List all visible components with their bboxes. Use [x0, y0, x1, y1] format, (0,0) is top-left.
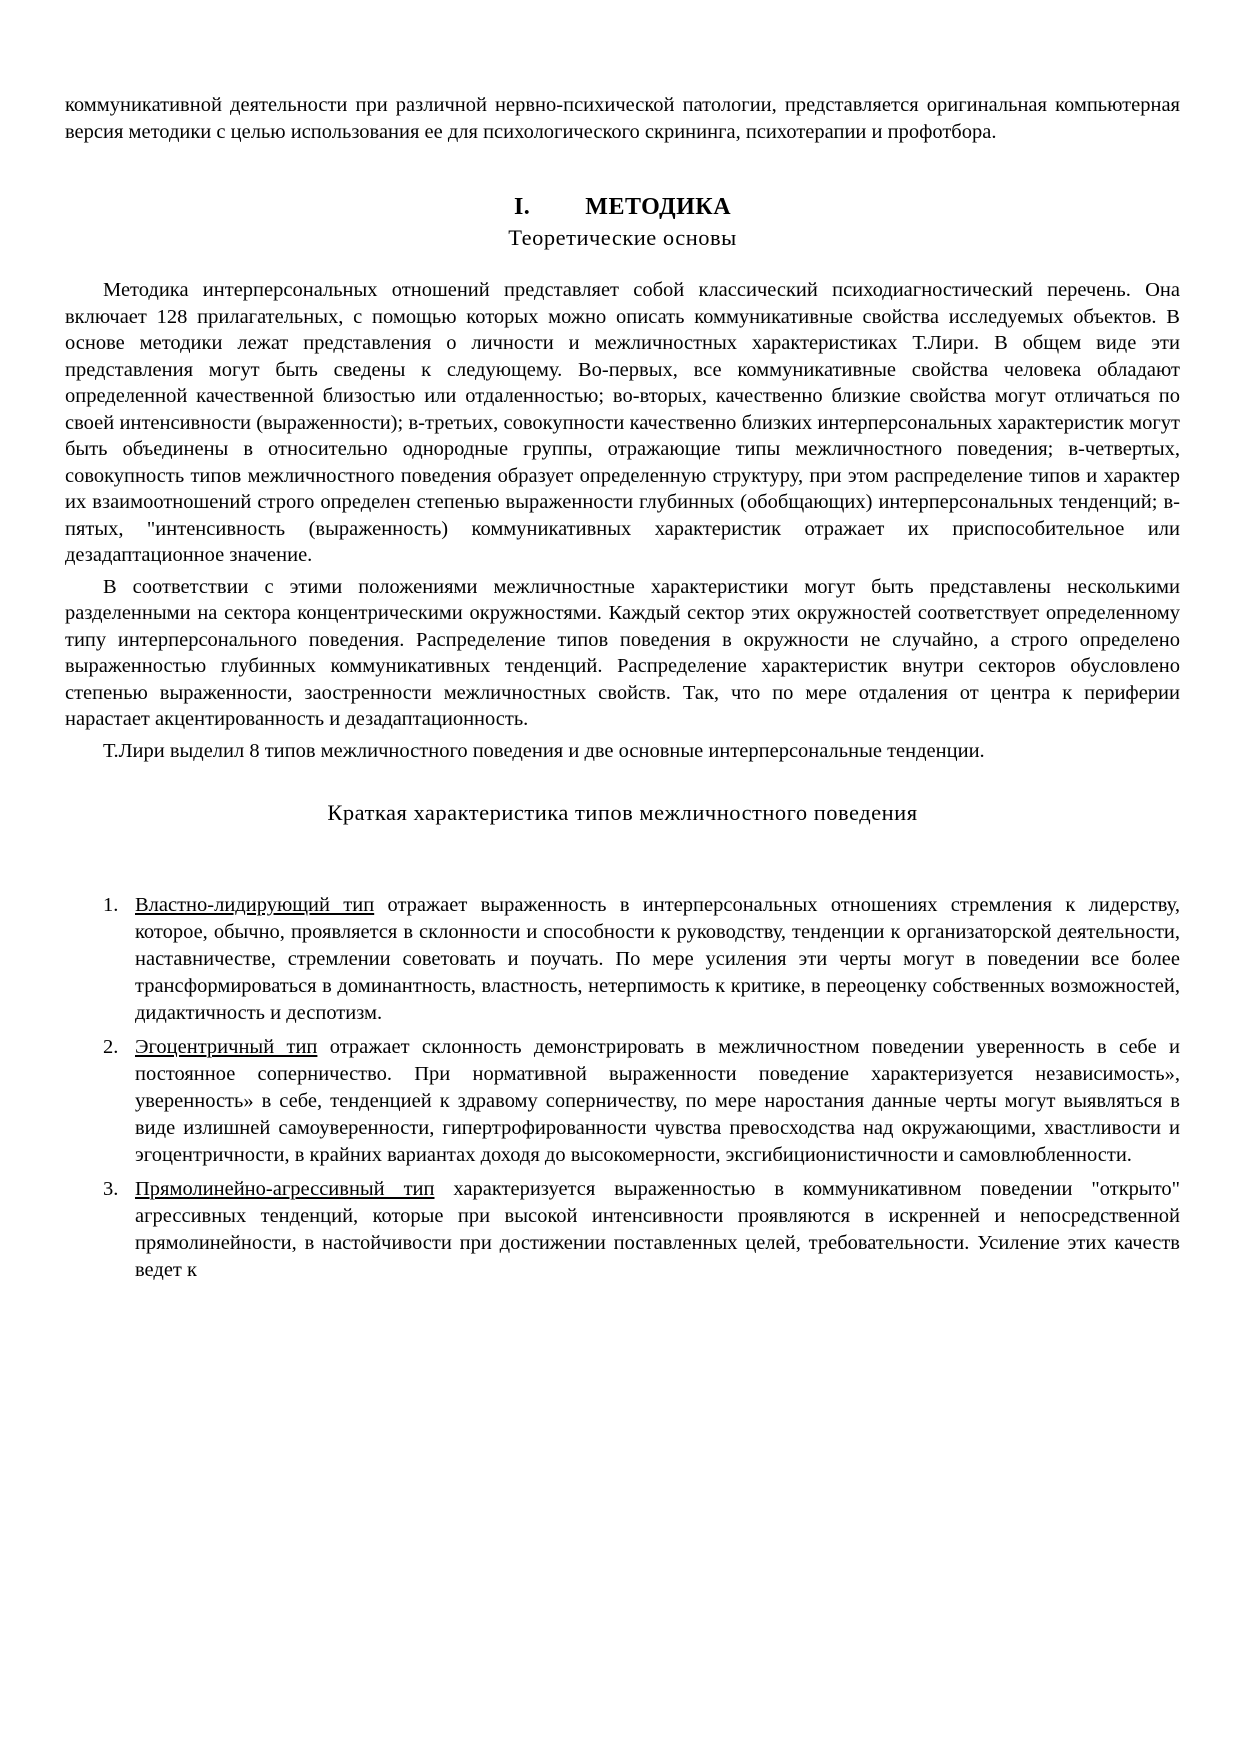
list-item-3: 3. Прямолинейно-агрессивный тип характер… [65, 1176, 1180, 1284]
section-number: I. [514, 191, 530, 223]
list-item-3-term: Прямолинейно-агрессивный тип [135, 1178, 434, 1200]
list-item-1: 1. Властно-лидирующий тип отражает выраж… [65, 892, 1180, 1027]
list-item-2: 2. Эгоцентричный тип отражает склонность… [65, 1034, 1180, 1169]
list-item-2-number: 2. [103, 1034, 118, 1061]
list-item-1-number: 1. [103, 892, 118, 919]
body-paragraph-3: Т.Лири выделил 8 типов межличностного по… [65, 738, 1180, 765]
list-item-3-number: 3. [103, 1176, 118, 1203]
section-heading: I.МЕТОДИКА [65, 191, 1180, 223]
section-title: МЕТОДИКА [585, 194, 731, 220]
list-item-2-term: Эгоцентричный тип [135, 1036, 317, 1058]
list-item-1-term: Властно-лидирующий тип [135, 894, 374, 916]
list-heading: Краткая характеристика типов межличностн… [65, 798, 1180, 828]
document-page: коммуникативной деятельности при различн… [0, 0, 1240, 1754]
body-paragraph-2: В соответствии с этими положениями межли… [65, 574, 1180, 733]
body-paragraph-1: Методика интерперсональных отношений пре… [65, 277, 1180, 569]
intro-paragraph: коммуникативной деятельности при различн… [65, 92, 1180, 145]
section-subtitle: Теоретические основы [65, 223, 1180, 253]
behavior-types-list: 1. Властно-лидирующий тип отражает выраж… [65, 892, 1180, 1284]
